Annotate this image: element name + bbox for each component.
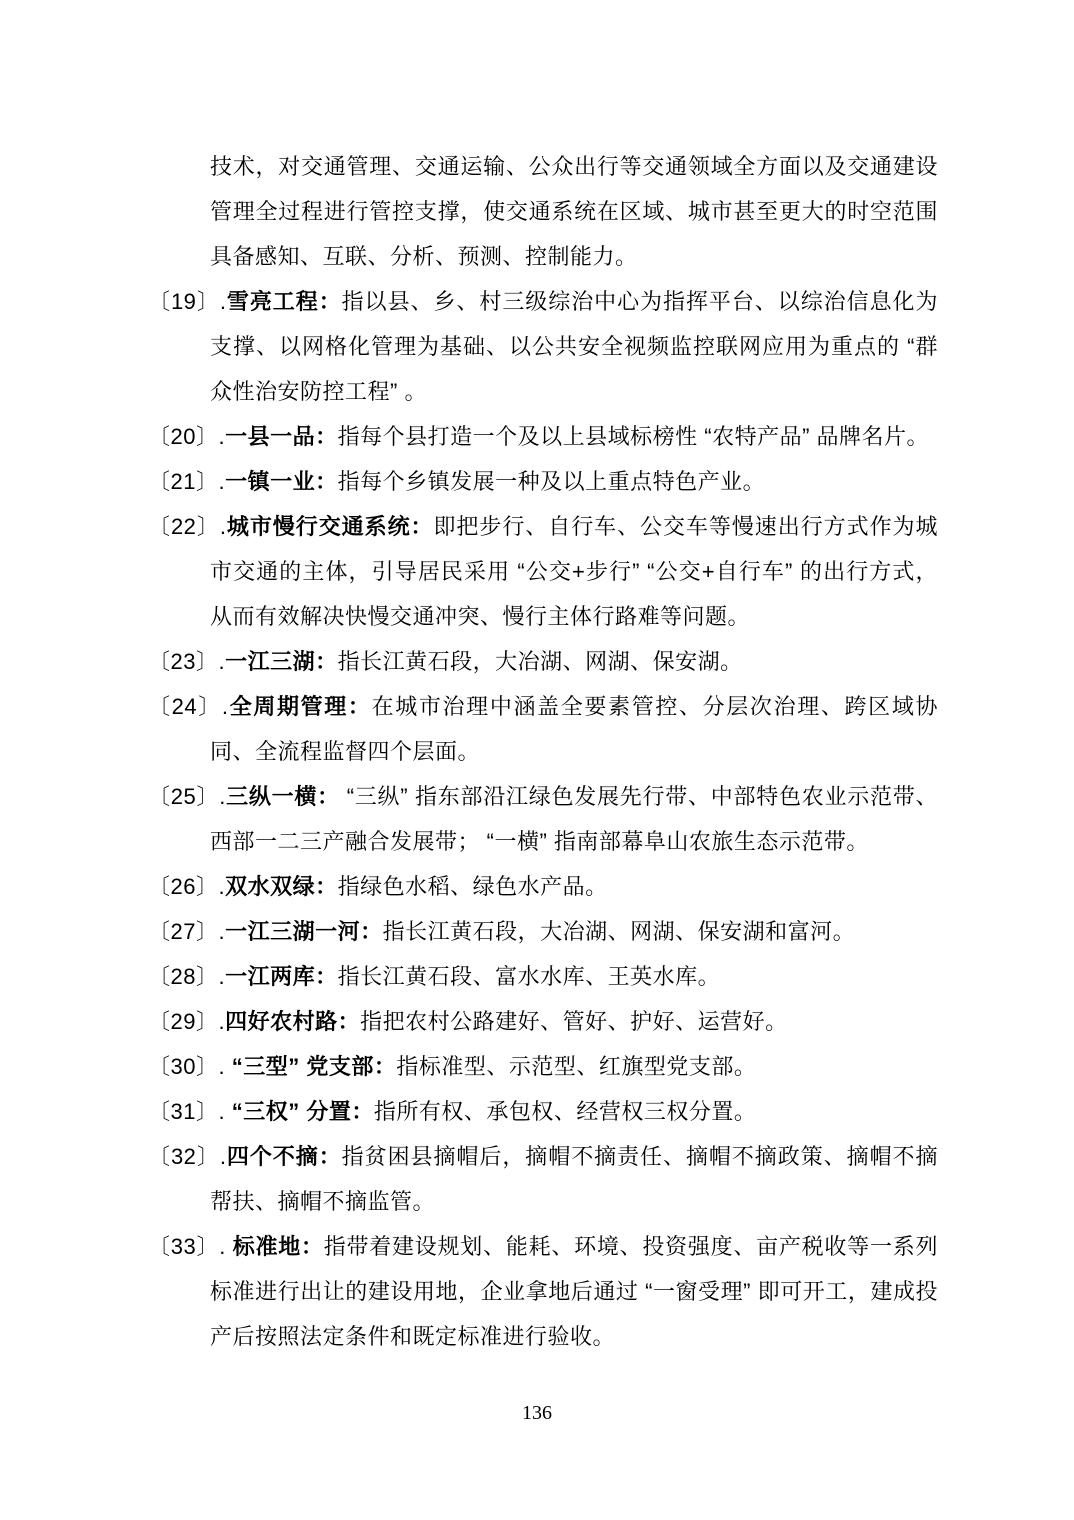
item-number: 〔32〕 [148, 1144, 220, 1169]
item-definition: 指标准型、示范型、红旗型党支部。 [396, 1054, 756, 1079]
item-number: 〔26〕 [148, 874, 218, 899]
intro-continuation-paragraph: 技术，对交通管理、交通运输、公众出行等交通领域全方面以及交通建设管理全过程进行管… [148, 144, 938, 279]
item-number: 〔25〕 [148, 784, 219, 809]
item-definition: 指每个县打造一个及以上县域标榜性 “农特产品” 品牌名片。 [338, 424, 929, 449]
glossary-item-27: 〔27〕.一江三湖一河：指长江黄石段，大冶湖、网湖、保安湖和富河。 [148, 909, 938, 954]
item-term: 一江两库： [225, 964, 338, 989]
item-number: 〔21〕 [148, 469, 218, 494]
glossary-content: 技术，对交通管理、交通运输、公众出行等交通领域全方面以及交通建设管理全过程进行管… [148, 144, 938, 1359]
glossary-item-20: 〔20〕.一县一品：指每个县打造一个及以上县域标榜性 “农特产品” 品牌名片。 [148, 414, 938, 459]
glossary-item-28: 〔28〕.一江两库：指长江黄石段、富水水库、王英水库。 [148, 954, 938, 999]
item-number: 〔23〕 [148, 649, 218, 674]
item-term: 雪亮工程： [226, 289, 341, 314]
item-number: 〔33〕 [148, 1234, 219, 1259]
item-separator: . [218, 1099, 231, 1124]
item-separator: . [219, 1234, 232, 1259]
item-number: 〔22〕 [148, 514, 220, 539]
item-term: 全周期管理： [229, 694, 372, 719]
glossary-item-29: 〔29〕.四好农村路：指把农村公路建好、管好、护好、运营好。 [148, 999, 938, 1044]
item-definition: 指长江黄石段，大冶湖、网湖、保安湖和富河。 [383, 919, 856, 944]
glossary-item-32: 〔32〕.四个不摘：指贫困县摘帽后，摘帽不摘责任、摘帽不摘政策、摘帽不摘帮扶、摘… [148, 1134, 938, 1224]
glossary-item-31: 〔31〕. “三权” 分置：指所有权、承包权、经营权三权分置。 [148, 1089, 938, 1134]
document-page: 技术，对交通管理、交通运输、公众出行等交通领域全方面以及交通建设管理全过程进行管… [0, 0, 1074, 1520]
item-term: 一江三湖： [225, 649, 338, 674]
item-number: 〔27〕 [148, 919, 218, 944]
item-term: “三型” 党支部： [232, 1054, 397, 1079]
item-number: 〔29〕 [148, 1009, 218, 1034]
item-definition: 指每个乡镇发展一种及以上重点特色产业。 [338, 469, 766, 494]
page-number: 136 [0, 1400, 1074, 1426]
item-number: 〔28〕 [148, 964, 218, 989]
item-number: 〔24〕 [148, 694, 222, 719]
glossary-item-19: 〔19〕.雪亮工程：指以县、乡、村三级综治中心为指挥平台、以综治信息化为支撑、以… [148, 279, 938, 414]
item-separator: . [219, 784, 226, 809]
item-number: 〔20〕 [148, 424, 218, 449]
item-term: 城市慢行交通系统： [226, 514, 433, 539]
glossary-item-26: 〔26〕.双水双绿：指绿色水稻、绿色水产品。 [148, 864, 938, 909]
glossary-item-25: 〔25〕.三纵一横： “三纵” 指东部沿江绿色发展先行带、中部特色农业示范带、西… [148, 774, 938, 864]
glossary-item-24: 〔24〕.全周期管理：在城市治理中涵盖全要素管控、分层次治理、跨区域协同、全流程… [148, 684, 938, 774]
glossary-item-33: 〔33〕. 标准地：指带着建设规划、能耗、环境、投资强度、亩产税收等一系列标准进… [148, 1224, 938, 1359]
item-term: 四个不摘： [226, 1144, 341, 1169]
glossary-item-22: 〔22〕.城市慢行交通系统：即把步行、自行车、公交车等慢速出行方式作为城市交通的… [148, 504, 938, 639]
item-term: 一江三湖一河： [225, 919, 383, 944]
item-number: 〔30〕 [148, 1054, 218, 1079]
item-number: 〔19〕 [148, 289, 220, 314]
item-term: 一县一品： [225, 424, 338, 449]
item-number: 〔31〕 [148, 1099, 218, 1124]
item-separator: . [218, 1054, 231, 1079]
item-separator: . [222, 694, 229, 719]
item-definition: 指所有权、承包权、经营权三权分置。 [374, 1099, 757, 1124]
item-term: 三纵一横： [226, 784, 340, 809]
glossary-item-21: 〔21〕.一镇一业：指每个乡镇发展一种及以上重点特色产业。 [148, 459, 938, 504]
item-term: 标准地： [233, 1234, 324, 1259]
item-term: “三权” 分置： [232, 1099, 374, 1124]
item-term: 双水双绿： [225, 874, 338, 899]
glossary-item-23: 〔23〕.一江三湖：指长江黄石段，大冶湖、网湖、保安湖。 [148, 639, 938, 684]
item-term: 四好农村路： [225, 1009, 360, 1034]
glossary-item-30: 〔30〕. “三型” 党支部：指标准型、示范型、红旗型党支部。 [148, 1044, 938, 1089]
item-definition: 指绿色水稻、绿色水产品。 [338, 874, 608, 899]
item-term: 一镇一业： [225, 469, 338, 494]
item-definition: 指长江黄石段、富水水库、王英水库。 [338, 964, 721, 989]
intro-continuation-text: 技术，对交通管理、交通运输、公众出行等交通领域全方面以及交通建设管理全过程进行管… [210, 154, 938, 269]
item-definition: 指长江黄石段，大冶湖、网湖、保安湖。 [338, 649, 743, 674]
item-definition: 指把农村公路建好、管好、护好、运营好。 [360, 1009, 788, 1034]
